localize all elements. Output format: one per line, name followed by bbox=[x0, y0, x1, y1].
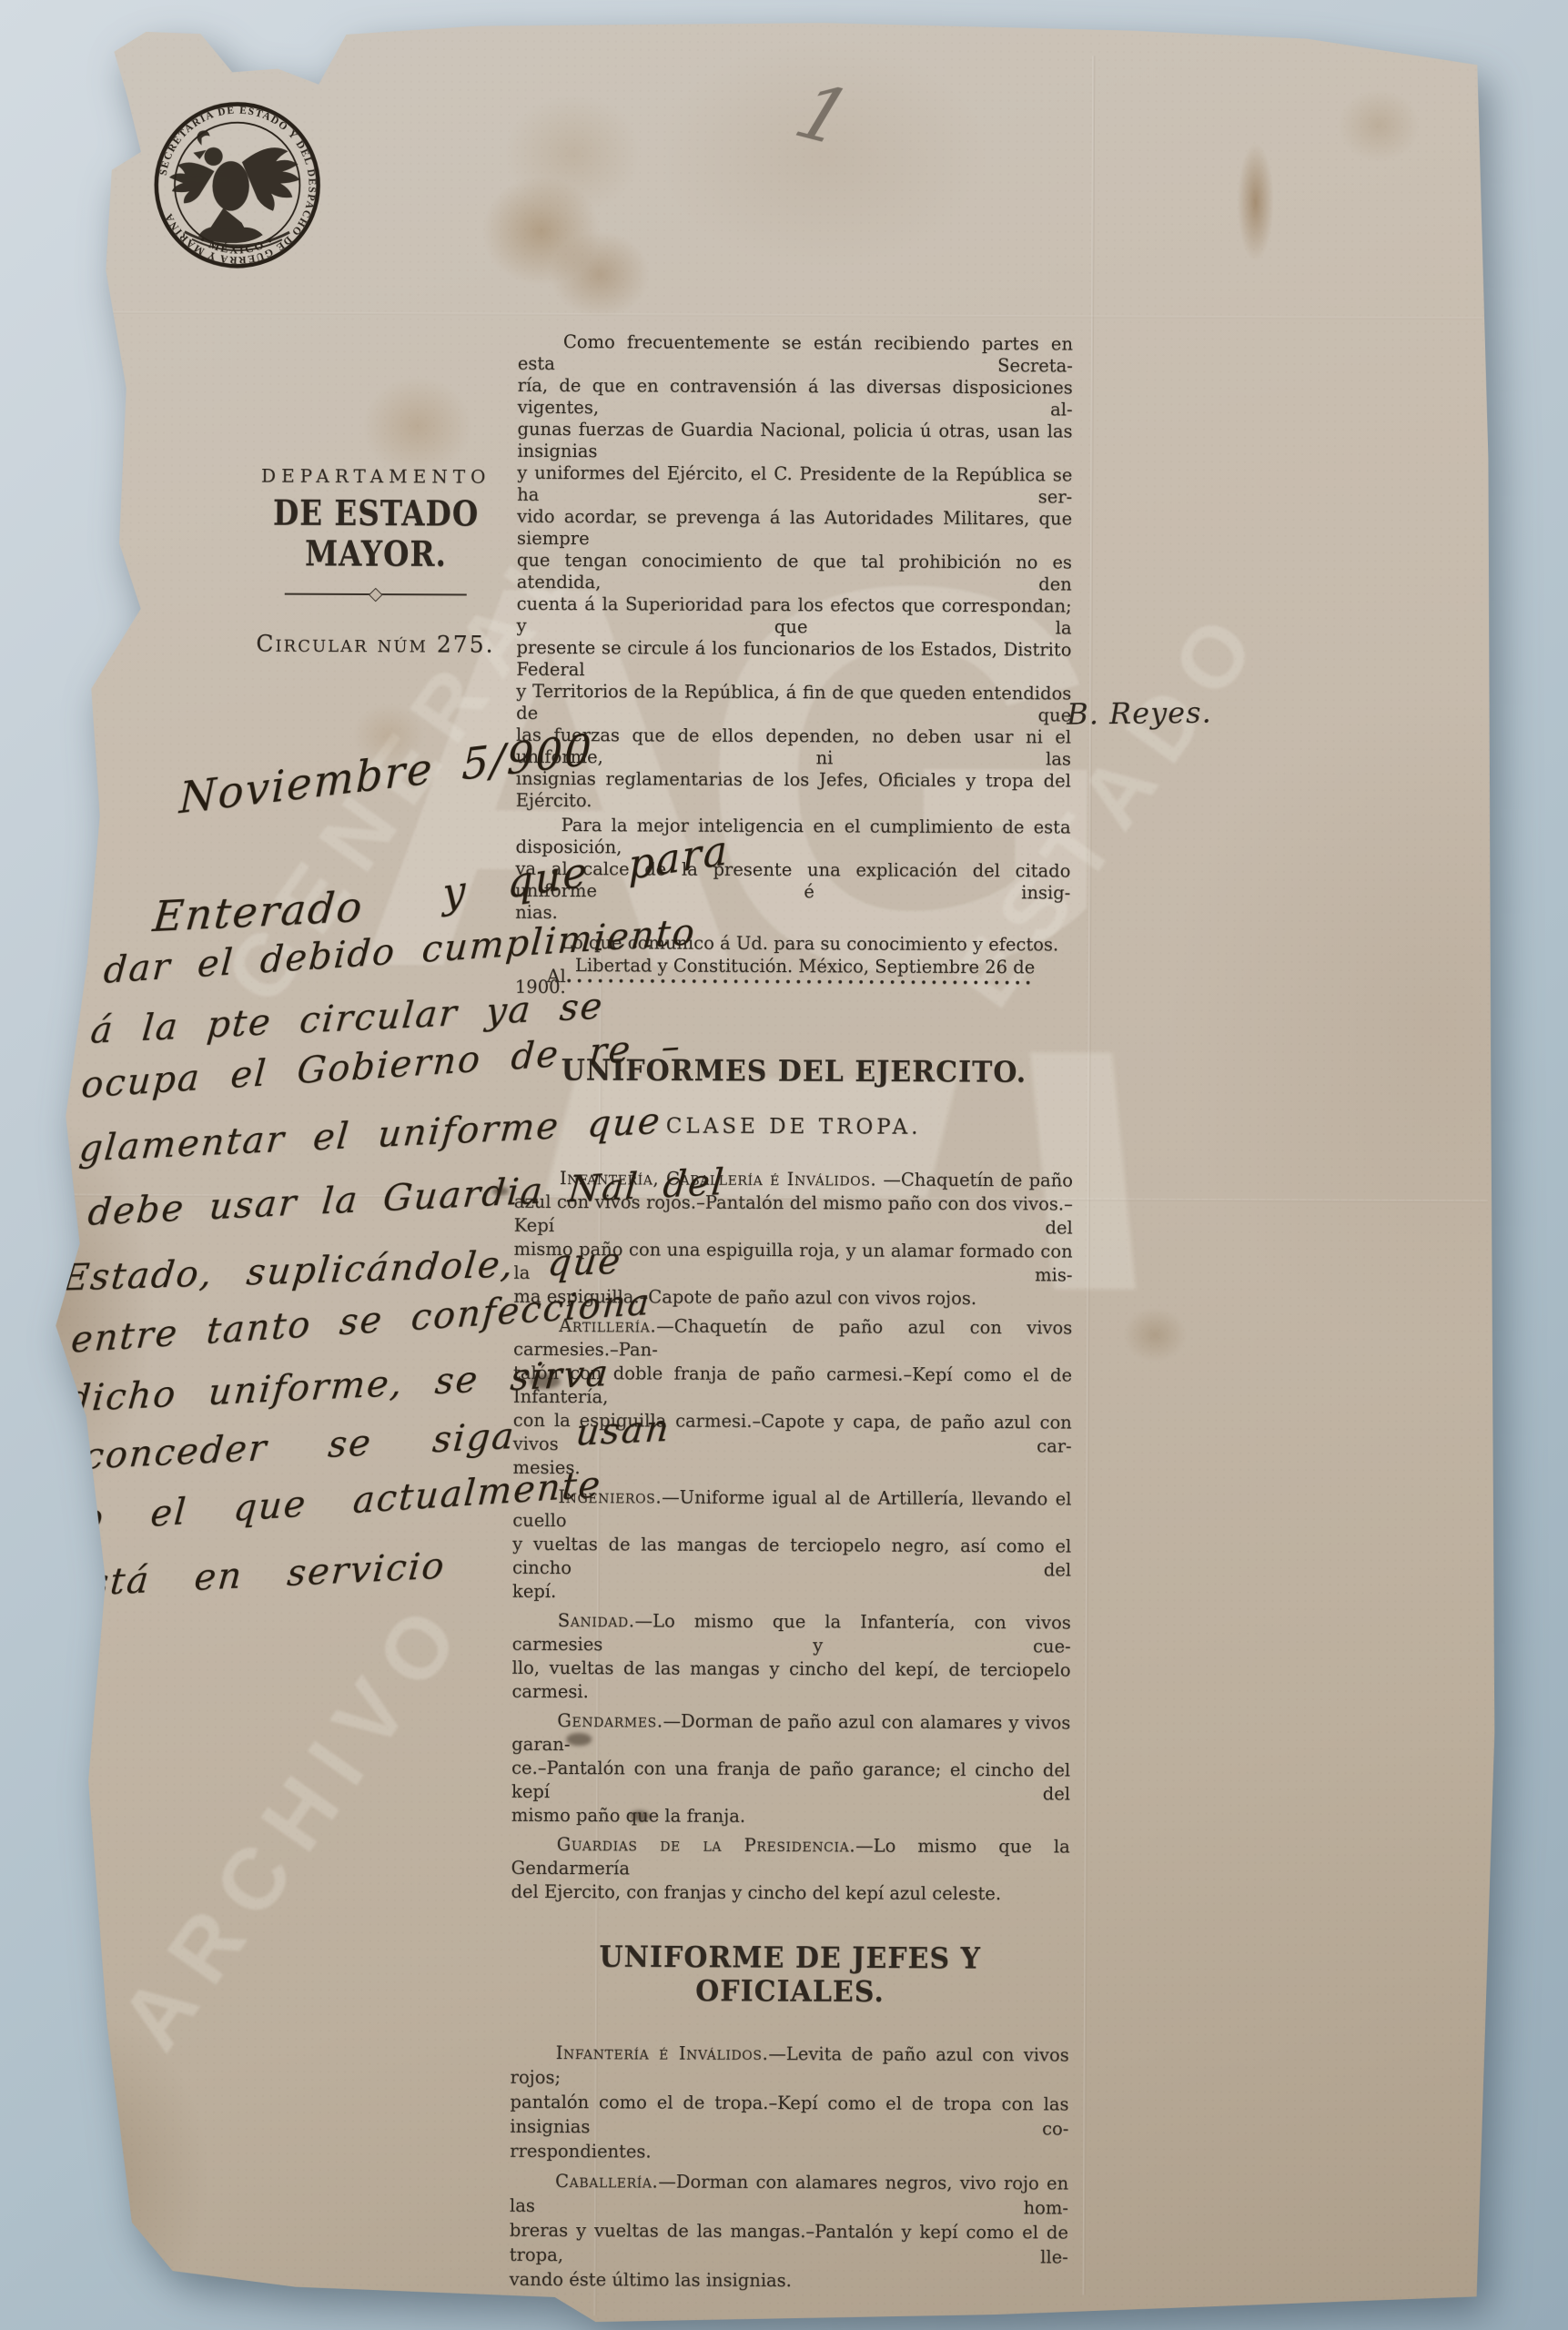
printed-line: Caballería.—Dorman con alamares negros, … bbox=[510, 2169, 1068, 2221]
circular-number: Circular núm 275. bbox=[188, 630, 561, 658]
printed-line: y uniformes del Ejército, el C. Presiden… bbox=[517, 462, 1072, 509]
printed-line: Gendarmes.—Dorman de paño azul con alama… bbox=[511, 1709, 1070, 1759]
uniform-section: Artillería.—Chaquetín de paño azul con v… bbox=[513, 1314, 1073, 1483]
section-heading: Sanidad. bbox=[558, 1610, 635, 1631]
printed-line: Como frecuentemente se están recibiendo … bbox=[518, 331, 1073, 378]
printed-line: del Ejercito, con franjas y cincho del k… bbox=[511, 1880, 1069, 1907]
stain bbox=[1123, 1308, 1187, 1363]
printed-line: kepí. bbox=[512, 1580, 1071, 1606]
officers-title: UNIFORME DE JEFES Y OFICIALES. bbox=[511, 1940, 1069, 2011]
uniform-section: Sanidad.—Lo mismo que la Infantería, con… bbox=[511, 1609, 1070, 1707]
paper-surface: AG GENERAL ESTADO ARCHIVO bbox=[45, 10, 1520, 2330]
section-heading: Caballería. bbox=[555, 2171, 658, 2192]
uniform-section: Gendarmes.—Dorman de paño azul con alama… bbox=[511, 1709, 1071, 1830]
printed-line: Infantería é Inválidos.—Levita de paño a… bbox=[511, 2041, 1069, 2092]
printed-line: ce.–Pantalón con una franja de paño gara… bbox=[511, 1757, 1070, 1807]
signature: B. Reyes. bbox=[1067, 695, 1212, 732]
fold-crease bbox=[63, 311, 1482, 320]
printed-line: gunas fuerzas de Guardia Nacional, polic… bbox=[517, 419, 1072, 465]
printed-line: vando éste último las insignias. bbox=[510, 2267, 1068, 2295]
dotted-leader: ........................................… bbox=[566, 965, 1036, 988]
officers-sections: Infantería é Inválidos.—Levita de paño a… bbox=[510, 2041, 1069, 2295]
section-heading: Guardias de la Presidencia. bbox=[557, 1834, 855, 1856]
letterhead-department: DEPARTAMENTO bbox=[189, 464, 562, 488]
printed-line: Guardias de la Presidencia.—Lo mismo que… bbox=[511, 1833, 1070, 1883]
printed-line: rrespondientes. bbox=[510, 2139, 1068, 2166]
addressee-prefix: Al bbox=[547, 965, 566, 987]
pencil-page-number: 1 bbox=[784, 66, 863, 163]
uniform-section: Infantería é Inválidos.—Levita de paño a… bbox=[510, 2041, 1069, 2166]
stain bbox=[1338, 89, 1420, 162]
printed-line: que tengan conocimiento de que tal prohi… bbox=[517, 550, 1072, 596]
handwritten-annotation: Noviembre 5/900Enteradoy que paradar el … bbox=[56, 10, 1521, 16]
printed-line: y vueltas de las mangas de terciopelo ne… bbox=[512, 1533, 1071, 1583]
uniform-section: Caballería.—Dorman con alamares negros, … bbox=[510, 2169, 1069, 2295]
letterhead-office: DE ESTADO MAYOR. bbox=[197, 492, 555, 575]
photo-of-document: { "colors":{"background":"#aebfc9","pape… bbox=[0, 0, 1568, 2330]
printed-line: Sanidad.—Lo mismo que la Infantería, con… bbox=[512, 1609, 1071, 1659]
stain bbox=[550, 231, 650, 318]
printed-line: las fuerzas que de ellos dependen, no de… bbox=[516, 724, 1071, 771]
printed-line: y Territorios de la República, á fin de … bbox=[516, 681, 1071, 727]
stain bbox=[1237, 143, 1274, 261]
section-heading: Infantería é Inválidos. bbox=[556, 2042, 769, 2064]
archive-watermark-word: ARCHIVO bbox=[101, 1577, 489, 2068]
document-sheet: AG GENERAL ESTADO ARCHIVO bbox=[45, 10, 1520, 2330]
handwritten-line: está en servicio bbox=[65, 1545, 448, 1605]
eagle-icon bbox=[169, 130, 300, 250]
stain bbox=[505, 95, 642, 214]
handwritten-line: Enterado bbox=[151, 882, 366, 941]
stain bbox=[481, 177, 601, 287]
letterhead: DEPARTAMENTO DE ESTADO MAYOR. Circular n… bbox=[188, 464, 562, 658]
printed-line: pantalón como el de tropa.–Kepí como el … bbox=[510, 2090, 1068, 2142]
fold-crease bbox=[1083, 56, 1096, 2295]
printed-line: ría, de que en contravensión á las diver… bbox=[518, 375, 1073, 421]
printed-line: vido acordar, se prevenga á las Autorida… bbox=[517, 506, 1072, 552]
letter-paragraph: Como frecuentemente se están recibiendo … bbox=[516, 331, 1073, 815]
printed-line: mismo paño que la franja. bbox=[511, 1804, 1070, 1830]
printed-line: breras y vueltas de las mangas.–Pantalón… bbox=[510, 2218, 1068, 2270]
decorative-rule bbox=[285, 589, 467, 601]
printed-line: presente se circule á los funcionarios d… bbox=[516, 637, 1071, 684]
stain bbox=[362, 376, 471, 477]
letter-body: Como frecuentemente se están recibiendo … bbox=[515, 331, 1073, 1001]
section-heading: Gendarmes. bbox=[557, 1710, 663, 1732]
printed-line: insignias reglamentarias de los Jefes, O… bbox=[516, 768, 1071, 815]
printed-line: cuenta á la Superioridad para los efecto… bbox=[517, 593, 1072, 640]
uniform-section: Guardias de la Presidencia.—Lo mismo que… bbox=[511, 1833, 1069, 1907]
addressee-line: Al......................................… bbox=[547, 965, 1036, 988]
war-ministry-seal: SECRETARIA DE ESTADO Y DEL DESPACHO DE G… bbox=[149, 97, 325, 273]
printed-line: llo, vueltas de las mangas y cincho del … bbox=[511, 1656, 1070, 1707]
